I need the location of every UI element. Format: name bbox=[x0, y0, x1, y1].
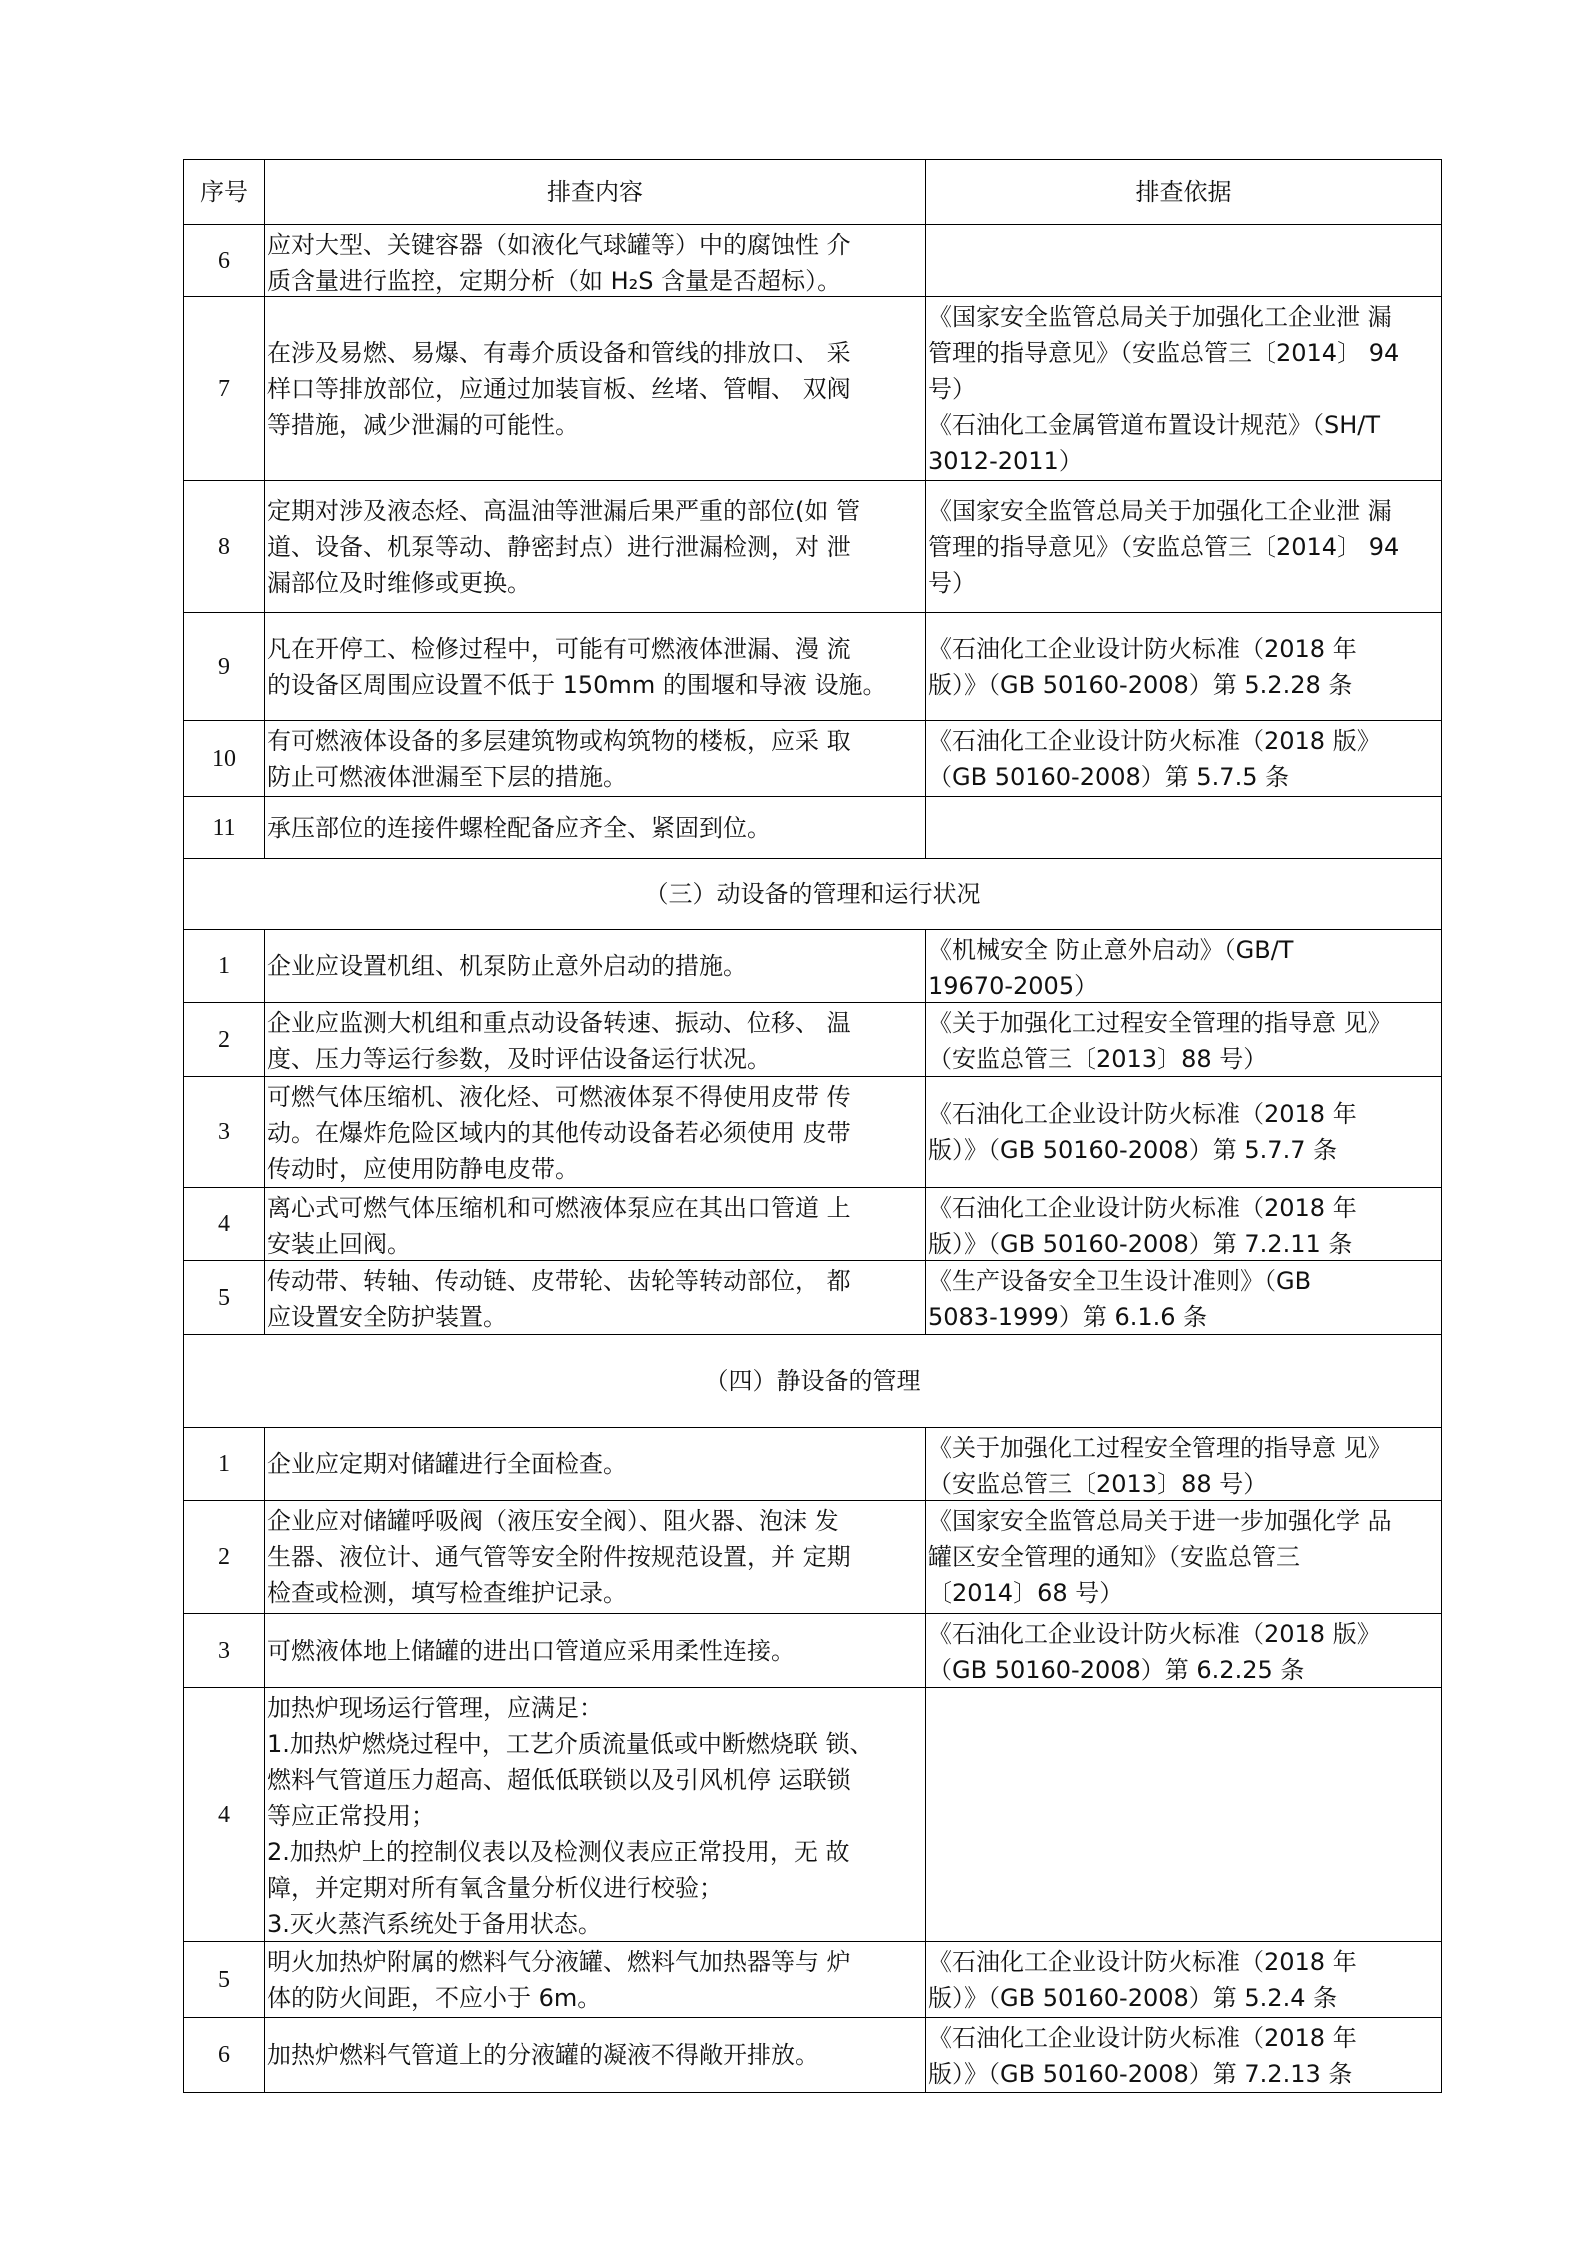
content-line: 生器、液位计、通气管等安全附件按规范设置，并 定期 bbox=[267, 1539, 923, 1575]
inspection-content-cell: 应对大型、关键容器（如液化气球罐等）中的腐蚀性 介质含量进行监控，定期分析（如 … bbox=[265, 225, 926, 297]
basis-line: 《生产设备安全卫生设计准则》（GB bbox=[928, 1263, 1439, 1299]
inspection-basis-cell: 《关于加强化工过程安全管理的指导意 见》（安监总管三〔2013〕88 号） bbox=[926, 1003, 1442, 1077]
inspection-basis-cell: 《国家安全监管总局关于加强化工企业泄 漏管理的指导意见》（安监总管三〔2014〕… bbox=[926, 481, 1442, 613]
basis-line: 《石油化工企业设计防火标准（2018 版》 bbox=[928, 1616, 1439, 1652]
header-no: 序号 bbox=[184, 160, 265, 225]
basis-line: 《石油化工企业设计防火标准（2018 年 bbox=[928, 631, 1439, 667]
content-line: 1.加热炉燃烧过程中，工艺介质流量低或中断燃烧联 锁、 bbox=[267, 1726, 923, 1762]
inspection-content-cell: 凡在开停工、检修过程中，可能有可燃液体泄漏、漫 流的设备区周围应设置不低于 15… bbox=[265, 613, 926, 721]
inspection-content-cell: 加热炉燃料气管道上的分液罐的凝液不得敞开排放。 bbox=[265, 2018, 926, 2093]
content-line: 承压部位的连接件螺栓配备应齐全、紧固到位。 bbox=[267, 810, 923, 846]
basis-line: 版）》（GB 50160-2008）第 7.2.11 条 bbox=[928, 1226, 1439, 1259]
inspection-content-cell: 可燃气体压缩机、液化烃、可燃液体泵不得使用皮带 传动。在爆炸危险区域内的其他传动… bbox=[265, 1077, 926, 1188]
table-row: 1企业应定期对储罐进行全面检查。《关于加强化工过程安全管理的指导意 见》（安监总… bbox=[184, 1428, 1442, 1501]
basis-line: 《石油化工企业设计防火标准（2018 年 bbox=[928, 1190, 1439, 1226]
row-number: 6 bbox=[184, 2018, 265, 2093]
basis-line: 《关于加强化工过程安全管理的指导意 见》 bbox=[928, 1005, 1439, 1041]
content-line: 企业应对储罐呼吸阀（液压安全阀）、阻火器、泡沫 发 bbox=[267, 1503, 923, 1539]
content-line: 应设置安全防护装置。 bbox=[267, 1299, 923, 1333]
row-number: 10 bbox=[184, 721, 265, 797]
content-line: 障，并定期对所有氧含量分析仪进行校验； bbox=[267, 1870, 923, 1906]
inspection-content-cell: 在涉及易燃、易爆、有毒介质设备和管线的排放口、 采样口等排放部位，应通过加装盲板… bbox=[265, 297, 926, 481]
basis-line: 《石油化工企业设计防火标准（2018 年 bbox=[928, 2020, 1439, 2056]
inspection-basis-cell: 《石油化工企业设计防火标准（2018 年版）》（GB 50160-2008）第 … bbox=[926, 2018, 1442, 2093]
inspection-basis-cell: 《生产设备安全卫生设计准则》（GB5083-1999）第 6.1.6 条 bbox=[926, 1261, 1442, 1335]
content-line: 3.灭火蒸汽系统处于备用状态。 bbox=[267, 1906, 923, 1940]
basis-line: （安监总管三〔2013〕88 号） bbox=[928, 1466, 1439, 1499]
basis-line: （GB 50160-2008）第 5.7.5 条 bbox=[928, 759, 1439, 795]
inspection-content-cell: 企业应定期对储罐进行全面检查。 bbox=[265, 1428, 926, 1501]
row-number: 6 bbox=[184, 225, 265, 297]
row-number: 3 bbox=[184, 1077, 265, 1188]
row-number: 5 bbox=[184, 1942, 265, 2018]
inspection-content-cell: 有可燃液体设备的多层建筑物或构筑物的楼板，应采 取防止可燃液体泄漏至下层的措施。 bbox=[265, 721, 926, 797]
row-number: 8 bbox=[184, 481, 265, 613]
inspection-basis-cell: 《国家安全监管总局关于加强化工企业泄 漏管理的指导意见》（安监总管三〔2014〕… bbox=[926, 297, 1442, 481]
inspection-table: 序号 排查内容 排查依据 6应对大型、关键容器（如液化气球罐等）中的腐蚀性 介质… bbox=[183, 159, 1442, 2093]
table-row: 8定期对涉及液态烃、高温油等泄漏后果严重的部位(如 管道、设备、机泵等动、静密封… bbox=[184, 481, 1442, 613]
content-line: 应对大型、关键容器（如液化气球罐等）中的腐蚀性 介 bbox=[267, 227, 923, 263]
basis-line: 《石油化工金属管道布置设计规范》（SH/T bbox=[928, 407, 1439, 443]
inspection-basis-cell: 《石油化工企业设计防火标准（2018 年版）》（GB 50160-2008）第 … bbox=[926, 613, 1442, 721]
table-row: 2企业应对储罐呼吸阀（液压安全阀）、阻火器、泡沫 发生器、液位计、通气管等安全附… bbox=[184, 1501, 1442, 1614]
inspection-basis-cell: 《国家安全监管总局关于进一步加强化学 品罐区安全管理的通知》（安监总管三〔201… bbox=[926, 1501, 1442, 1614]
inspection-content-cell: 定期对涉及液态烃、高温油等泄漏后果严重的部位(如 管道、设备、机泵等动、静密封点… bbox=[265, 481, 926, 613]
content-line: 定期对涉及液态烃、高温油等泄漏后果严重的部位(如 管 bbox=[267, 493, 923, 529]
table-row: 10有可燃液体设备的多层建筑物或构筑物的楼板，应采 取防止可燃液体泄漏至下层的措… bbox=[184, 721, 1442, 797]
content-line: 离心式可燃气体压缩机和可燃液体泵应在其出口管道 上 bbox=[267, 1190, 923, 1226]
inspection-basis-cell bbox=[926, 225, 1442, 297]
inspection-basis-cell: 《石油化工企业设计防火标准（2018 版》（GB 50160-2008）第 5.… bbox=[926, 721, 1442, 797]
content-line: 可燃气体压缩机、液化烃、可燃液体泵不得使用皮带 传 bbox=[267, 1079, 923, 1115]
inspection-basis-cell bbox=[926, 797, 1442, 859]
basis-line: （GB 50160-2008）第 6.2.25 条 bbox=[928, 1652, 1439, 1686]
inspection-content-cell: 离心式可燃气体压缩机和可燃液体泵应在其出口管道 上安装止回阀。 bbox=[265, 1188, 926, 1261]
content-line: 传动时，应使用防静电皮带。 bbox=[267, 1151, 923, 1186]
content-line: 企业应设置机组、机泵防止意外启动的措施。 bbox=[267, 948, 923, 984]
inspection-basis-cell: 《石油化工企业设计防火标准（2018 年版）》（GB 50160-2008）第 … bbox=[926, 1942, 1442, 2018]
basis-line: 《关于加强化工过程安全管理的指导意 见》 bbox=[928, 1430, 1439, 1466]
content-line: 等应正常投用； bbox=[267, 1798, 923, 1834]
content-line: 加热炉燃料气管道上的分液罐的凝液不得敞开排放。 bbox=[267, 2037, 923, 2073]
table-row: 3可燃液体地上储罐的进出口管道应采用柔性连接。《石油化工企业设计防火标准（201… bbox=[184, 1614, 1442, 1688]
basis-line: 《国家安全监管总局关于加强化工企业泄 漏 bbox=[928, 493, 1439, 529]
inspection-basis-cell: 《机械安全 防止意外启动》（GB/T19670-2005） bbox=[926, 930, 1442, 1003]
table-row: 4加热炉现场运行管理，应满足：1.加热炉燃烧过程中，工艺介质流量低或中断燃烧联 … bbox=[184, 1688, 1442, 1942]
row-number: 4 bbox=[184, 1188, 265, 1261]
inspection-content-cell: 企业应监测大机组和重点动设备转速、振动、位移、 温度、压力等运行参数，及时评估设… bbox=[265, 1003, 926, 1077]
content-line: 样口等排放部位，应通过加装盲板、丝堵、管帽、 双阀 bbox=[267, 371, 923, 407]
inspection-content-cell: 传动带、转轴、传动链、皮带轮、齿轮等转动部位， 都应设置安全防护装置。 bbox=[265, 1261, 926, 1335]
row-number: 2 bbox=[184, 1003, 265, 1077]
content-line: 企业应监测大机组和重点动设备转速、振动、位移、 温 bbox=[267, 1005, 923, 1041]
content-line: 的设备区周围应设置不低于 150mm 的围堰和导液 设施。 bbox=[267, 667, 923, 703]
row-number: 5 bbox=[184, 1261, 265, 1335]
content-line: 在涉及易燃、易爆、有毒介质设备和管线的排放口、 采 bbox=[267, 335, 923, 371]
basis-line: 《石油化工企业设计防火标准（2018 年 bbox=[928, 1944, 1439, 1980]
basis-line: 罐区安全管理的通知》（安监总管三 bbox=[928, 1539, 1439, 1575]
basis-line: 《机械安全 防止意外启动》（GB/T bbox=[928, 932, 1439, 968]
content-line: 等措施，减少泄漏的可能性。 bbox=[267, 407, 923, 443]
content-line: 防止可燃液体泄漏至下层的措施。 bbox=[267, 759, 923, 795]
basis-line: 版）》（GB 50160-2008）第 7.2.13 条 bbox=[928, 2056, 1439, 2091]
basis-line: 《国家安全监管总局关于进一步加强化学 品 bbox=[928, 1503, 1439, 1539]
row-number: 11 bbox=[184, 797, 265, 859]
content-line: 传动带、转轴、传动链、皮带轮、齿轮等转动部位， 都 bbox=[267, 1263, 923, 1299]
inspection-basis-cell: 《关于加强化工过程安全管理的指导意 见》（安监总管三〔2013〕88 号） bbox=[926, 1428, 1442, 1501]
basis-line: 19670-2005） bbox=[928, 968, 1439, 1001]
content-line: 检查或检测，填写检查维护记录。 bbox=[267, 1575, 923, 1611]
basis-line: 号） bbox=[928, 371, 1439, 407]
content-line: 有可燃液体设备的多层建筑物或构筑物的楼板，应采 取 bbox=[267, 723, 923, 759]
table-row: 5明火加热炉附属的燃料气分液罐、燃料气加热器等与 炉体的防火间距，不应小于 6m… bbox=[184, 1942, 1442, 2018]
inspection-content-cell: 企业应设置机组、机泵防止意外启动的措施。 bbox=[265, 930, 926, 1003]
basis-line: 3012-2011） bbox=[928, 443, 1439, 479]
basis-line: 号） bbox=[928, 565, 1439, 601]
table-body: 6应对大型、关键容器（如液化气球罐等）中的腐蚀性 介质含量进行监控，定期分析（如… bbox=[184, 225, 1442, 2093]
content-line: 度、压力等运行参数，及时评估设备运行状况。 bbox=[267, 1041, 923, 1075]
table-row: 4离心式可燃气体压缩机和可燃液体泵应在其出口管道 上安装止回阀。《石油化工企业设… bbox=[184, 1188, 1442, 1261]
inspection-content-cell: 承压部位的连接件螺栓配备应齐全、紧固到位。 bbox=[265, 797, 926, 859]
inspection-content-cell: 加热炉现场运行管理，应满足：1.加热炉燃烧过程中，工艺介质流量低或中断燃烧联 锁… bbox=[265, 1688, 926, 1942]
basis-line: 版）》（GB 50160-2008）第 5.2.28 条 bbox=[928, 667, 1439, 703]
section-header-row: （四）静设备的管理 bbox=[184, 1335, 1442, 1428]
row-number: 9 bbox=[184, 613, 265, 721]
table-row: 11承压部位的连接件螺栓配备应齐全、紧固到位。 bbox=[184, 797, 1442, 859]
section-title: （三）动设备的管理和运行状况 bbox=[184, 859, 1442, 930]
table-header-row: 序号 排查内容 排查依据 bbox=[184, 160, 1442, 225]
content-line: 体的防火间距，不应小于 6m。 bbox=[267, 1980, 923, 2016]
inspection-content-cell: 企业应对储罐呼吸阀（液压安全阀）、阻火器、泡沫 发生器、液位计、通气管等安全附件… bbox=[265, 1501, 926, 1614]
row-number: 1 bbox=[184, 1428, 265, 1501]
table-row: 6应对大型、关键容器（如液化气球罐等）中的腐蚀性 介质含量进行监控，定期分析（如… bbox=[184, 225, 1442, 297]
table-row: 5传动带、转轴、传动链、皮带轮、齿轮等转动部位， 都应设置安全防护装置。《生产设… bbox=[184, 1261, 1442, 1335]
basis-line: 版）》（GB 50160-2008）第 5.2.4 条 bbox=[928, 1980, 1439, 2016]
content-line: 2.加热炉上的控制仪表以及检测仪表应正常投用，无 故 bbox=[267, 1834, 923, 1870]
section-title: （四）静设备的管理 bbox=[184, 1335, 1442, 1428]
table-row: 1企业应设置机组、机泵防止意外启动的措施。《机械安全 防止意外启动》（GB/T1… bbox=[184, 930, 1442, 1003]
basis-line: 5083-1999）第 6.1.6 条 bbox=[928, 1299, 1439, 1333]
row-number: 7 bbox=[184, 297, 265, 481]
content-line: 企业应定期对储罐进行全面检查。 bbox=[267, 1446, 923, 1482]
content-line: 可燃液体地上储罐的进出口管道应采用柔性连接。 bbox=[267, 1633, 923, 1669]
table-row: 3可燃气体压缩机、液化烃、可燃液体泵不得使用皮带 传动。在爆炸危险区域内的其他传… bbox=[184, 1077, 1442, 1188]
inspection-basis-cell: 《石油化工企业设计防火标准（2018 年版）》（GB 50160-2008）第 … bbox=[926, 1077, 1442, 1188]
row-number: 2 bbox=[184, 1501, 265, 1614]
basis-line: 版）》（GB 50160-2008）第 5.7.7 条 bbox=[928, 1132, 1439, 1168]
row-number: 1 bbox=[184, 930, 265, 1003]
inspection-basis-cell: 《石油化工企业设计防火标准（2018 版》（GB 50160-2008）第 6.… bbox=[926, 1614, 1442, 1688]
content-line: 凡在开停工、检修过程中，可能有可燃液体泄漏、漫 流 bbox=[267, 631, 923, 667]
content-line: 道、设备、机泵等动、静密封点）进行泄漏检测，对 泄 bbox=[267, 529, 923, 565]
table-row: 9凡在开停工、检修过程中，可能有可燃液体泄漏、漫 流的设备区周围应设置不低于 1… bbox=[184, 613, 1442, 721]
basis-line: 管理的指导意见》（安监总管三〔2014〕 94 bbox=[928, 529, 1439, 565]
content-line: 质含量进行监控，定期分析（如 H₂S 含量是否超标）。 bbox=[267, 263, 923, 295]
inspection-basis-cell: 《石油化工企业设计防火标准（2018 年版）》（GB 50160-2008）第 … bbox=[926, 1188, 1442, 1261]
basis-line: 〔2014〕68 号） bbox=[928, 1575, 1439, 1611]
header-content: 排查内容 bbox=[265, 160, 926, 225]
row-number: 3 bbox=[184, 1614, 265, 1688]
table-row: 7在涉及易燃、易爆、有毒介质设备和管线的排放口、 采样口等排放部位，应通过加装盲… bbox=[184, 297, 1442, 481]
basis-line: 《石油化工企业设计防火标准（2018 年 bbox=[928, 1096, 1439, 1132]
inspection-basis-cell bbox=[926, 1688, 1442, 1942]
header-basis: 排查依据 bbox=[926, 160, 1442, 225]
table-row: 2企业应监测大机组和重点动设备转速、振动、位移、 温度、压力等运行参数，及时评估… bbox=[184, 1003, 1442, 1077]
basis-line: 《石油化工企业设计防火标准（2018 版》 bbox=[928, 723, 1439, 759]
section-header-row: （三）动设备的管理和运行状况 bbox=[184, 859, 1442, 930]
content-line: 燃料气管道压力超高、超低低联锁以及引风机停 运联锁 bbox=[267, 1762, 923, 1798]
basis-line: 《国家安全监管总局关于加强化工企业泄 漏 bbox=[928, 299, 1439, 335]
content-line: 动。在爆炸危险区域内的其他传动设备若必须使用 皮带 bbox=[267, 1115, 923, 1151]
content-line: 漏部位及时维修或更换。 bbox=[267, 565, 923, 601]
content-line: 加热炉现场运行管理，应满足： bbox=[267, 1690, 923, 1726]
basis-line: （安监总管三〔2013〕88 号） bbox=[928, 1041, 1439, 1075]
content-line: 明火加热炉附属的燃料气分液罐、燃料气加热器等与 炉 bbox=[267, 1944, 923, 1980]
inspection-content-cell: 可燃液体地上储罐的进出口管道应采用柔性连接。 bbox=[265, 1614, 926, 1688]
row-number: 4 bbox=[184, 1688, 265, 1942]
basis-line: 管理的指导意见》（安监总管三〔2014〕 94 bbox=[928, 335, 1439, 371]
content-line: 安装止回阀。 bbox=[267, 1226, 923, 1259]
table-row: 6加热炉燃料气管道上的分液罐的凝液不得敞开排放。《石油化工企业设计防火标准（20… bbox=[184, 2018, 1442, 2093]
inspection-content-cell: 明火加热炉附属的燃料气分液罐、燃料气加热器等与 炉体的防火间距，不应小于 6m。 bbox=[265, 1942, 926, 2018]
